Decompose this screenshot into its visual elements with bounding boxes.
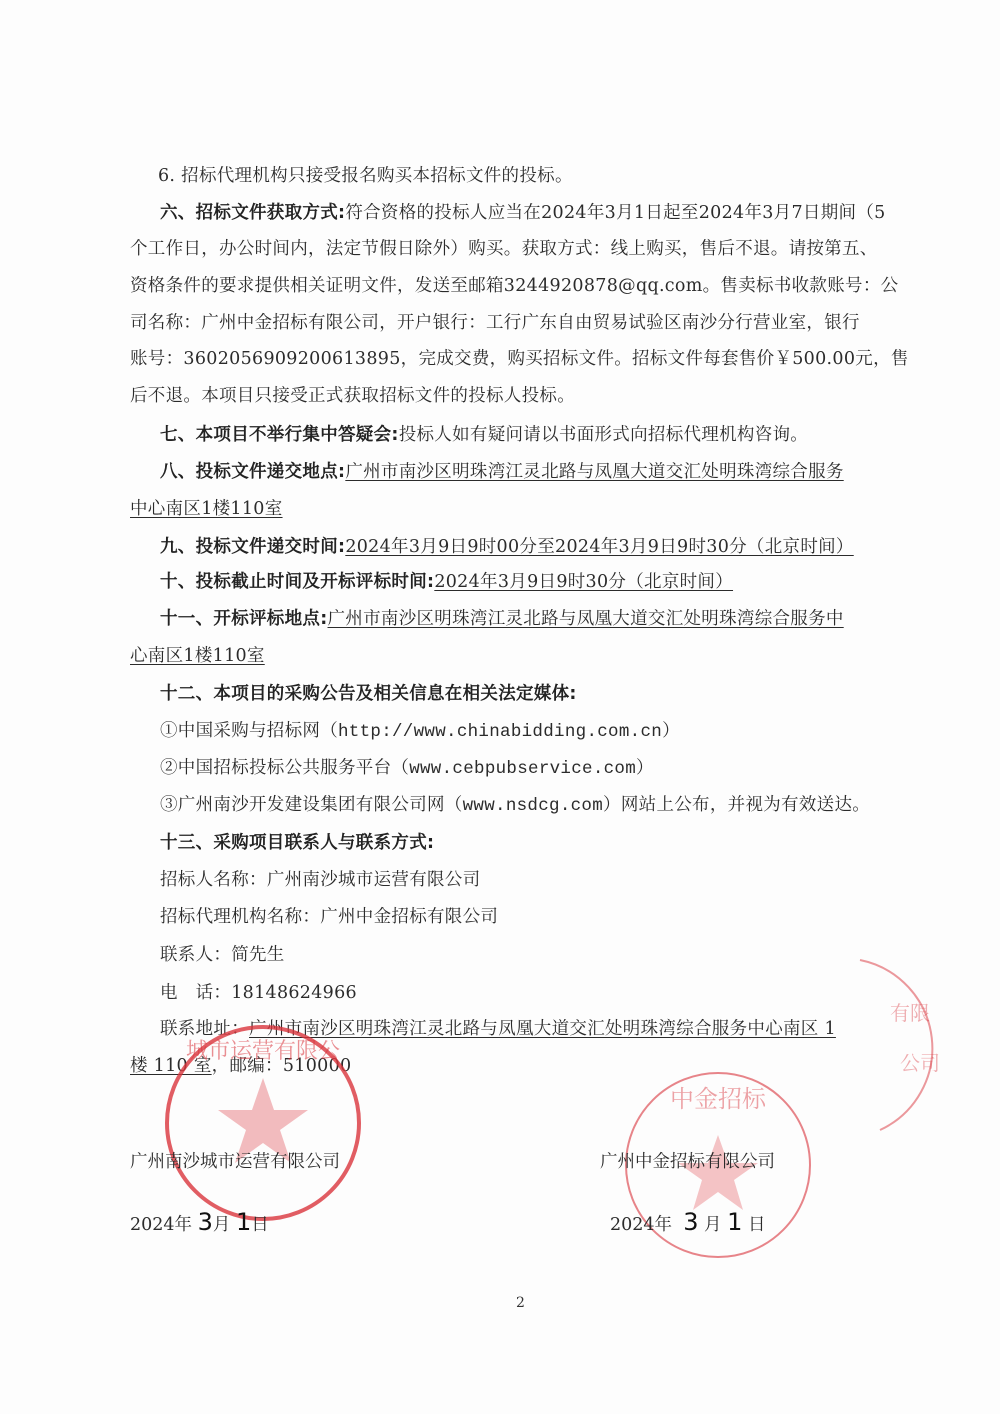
left-company-seal-icon: 城市运营有限公: [158, 1018, 368, 1228]
section-11-line-2: 心南区1楼110室: [130, 644, 265, 668]
media-url-1[interactable]: http://www.chinabidding.com.cn: [338, 722, 662, 742]
contact-line: 联系人：简先生: [160, 943, 285, 967]
left-signature-date: 2024年 3月 1日: [130, 1208, 269, 1236]
section-10: 十、投标截止时间及开标评标时间:2024年3月9日9时30分（北京时间）: [160, 570, 733, 594]
section-7: 七、本项目不举行集中答疑会:投标人如有疑问请以书面形式向招标代理机构咨询。: [160, 423, 808, 447]
page-number: 2: [516, 1295, 525, 1311]
section-6-heading: 六、招标文件获取方式:: [160, 203, 345, 223]
document-page: 6. 招标代理机构只接受报名购买本招标文件的投标。 六、招标文件获取方式:符合资…: [0, 0, 1000, 1414]
section-6-line-1: 六、招标文件获取方式:符合资格的投标人应当在2024年3月1日起至2024年3月…: [160, 201, 886, 225]
section-7-heading: 七、本项目不举行集中答疑会:: [160, 425, 399, 445]
tenderer-line: 招标人名称：广州南沙城市运营有限公司: [160, 868, 480, 892]
section-6-line-6: 后不退。本项目只接受正式获取招标文件的投标人投标。: [130, 384, 575, 408]
partial-seal-icon: 有限 公司: [760, 950, 940, 1140]
section-11-line-1: 十一、开标评标地点:广州市南沙区明珠湾江灵北路与凤凰大道交汇处明珠湾综合服务中: [160, 607, 844, 631]
section-10-heading: 十、投标截止时间及开标评标时间:: [160, 572, 434, 592]
tenderer-name: 广州南沙城市运营有限公司: [267, 870, 481, 890]
media-url-2[interactable]: www.cebpubservice.com: [409, 759, 636, 779]
section-9: 九、投标文件递交时间:2024年3月9日9时00分至2024年3月9日9时30分…: [160, 535, 854, 559]
section-12-heading: 十二、本项目的采购公告及相关信息在相关法定媒体:: [160, 682, 577, 706]
postcode: ，邮编：510000: [212, 1056, 352, 1076]
item-6: 6. 招标代理机构只接受报名购买本招标文件的投标。: [158, 164, 573, 188]
svg-text:有限: 有限: [890, 1001, 930, 1025]
address-line-2: 楼 110 室，邮编：510000: [130, 1054, 351, 1078]
section-11-heading: 十一、开标评标地点:: [160, 609, 328, 629]
left-signature-org: 广州南沙城市运营有限公司: [130, 1148, 340, 1173]
media-item-1: ①中国采购与招标网（http://www.chinabidding.com.cn…: [160, 719, 680, 744]
phone-line: 电 话：18148624966: [160, 981, 357, 1005]
contact-name: 简先生: [231, 945, 284, 965]
right-signature-org: 广州中金招标有限公司: [600, 1148, 775, 1173]
agency-name: 广州中金招标有限公司: [320, 907, 498, 927]
section-8-heading: 八、投标文件递交地点:: [160, 462, 345, 482]
phone-number: 18148624966: [231, 983, 357, 1003]
media-url-3[interactable]: www.nsdcg.com: [463, 796, 603, 816]
address-line-1: 联系地址：广州市南沙区明珠湾江灵北路与凤凰大道交汇处明珠湾综合服务中心南区 1: [160, 1017, 836, 1041]
svg-text:中金招标: 中金招标: [670, 1085, 767, 1113]
section-6-line-3: 资格条件的要求提供相关证明文件，发送至邮箱3244920878@qq.com。售…: [130, 274, 898, 298]
section-13-heading: 十三、采购项目联系人与联系方式:: [160, 831, 434, 855]
section-6-line-5: 账号：3602056909200613895，完成交费，购买招标文件。招标文件每…: [130, 347, 909, 371]
agency-line: 招标代理机构名称：广州中金招标有限公司: [160, 905, 498, 929]
section-9-heading: 九、投标文件递交时间:: [160, 537, 345, 557]
media-item-3: ③广州南沙开发建设集团有限公司网（www.nsdcg.com）网站上公布，并视为…: [160, 793, 870, 818]
section-8-line-1: 八、投标文件递交地点:广州市南沙区明珠湾江灵北路与凤凰大道交汇处明珠湾综合服务: [160, 460, 844, 484]
right-signature-date: 2024年 3 月 1 日: [610, 1208, 765, 1236]
section-8-line-2: 中心南区1楼110室: [130, 497, 283, 521]
section-6-line-4: 司名称：广州中金招标有限公司，开户银行：工行广东自由贸易试验区南沙分行营业室，银…: [130, 311, 860, 335]
section-6-line-2: 个工作日，办公时间内，法定节假日除外）购买。获取方式：线上购买，售后不退。请按第…: [130, 237, 878, 261]
media-item-2: ②中国招标投标公共服务平台（www.cebpubservice.com）: [160, 756, 654, 781]
svg-text:公司: 公司: [900, 1051, 940, 1075]
